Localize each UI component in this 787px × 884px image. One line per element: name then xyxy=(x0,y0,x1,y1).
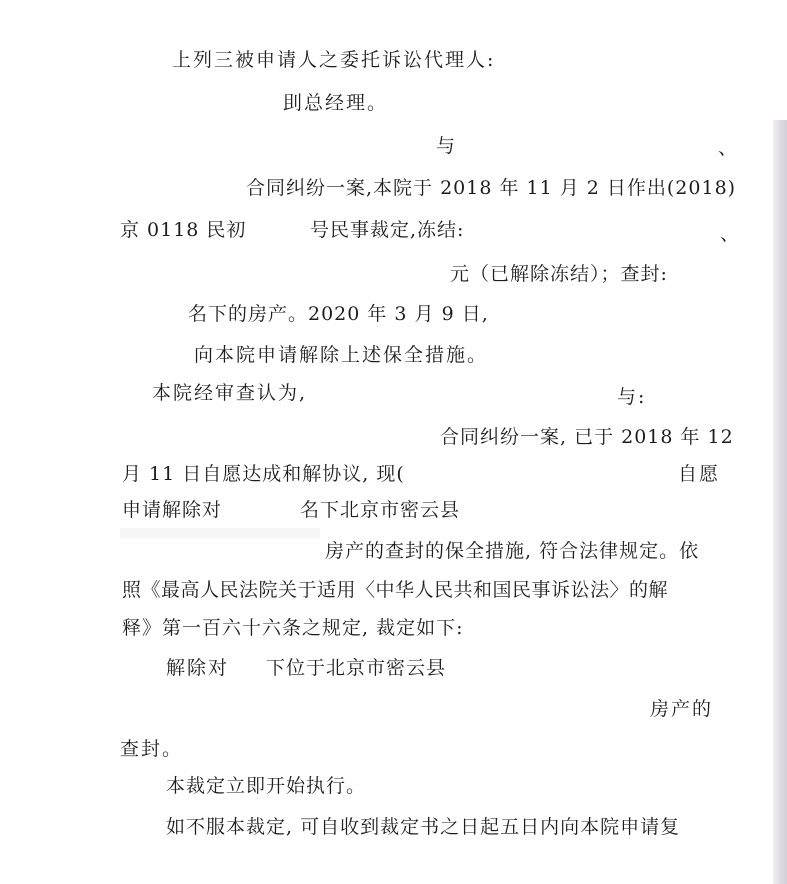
case-number-prefix: 京 0118 民初 xyxy=(120,218,246,242)
property-location-text: 名下北京市密云县 xyxy=(300,498,460,522)
page-edge-shadow xyxy=(773,120,787,884)
ruling-location-text: 下位于北京市密云县 xyxy=(266,656,446,680)
apply-release-text: 申请解除对 xyxy=(122,498,222,522)
legal-basis-line: 照《最高人民法院关于适用〈中华人民共和国民事诉讼法〉的解 xyxy=(122,578,668,602)
ruling-intro-line: 释》第一百六十六条之规定, 裁定如下: xyxy=(122,616,463,640)
ruling-property-text: 房产的 xyxy=(650,697,713,721)
enumeration-comma: 、 xyxy=(720,222,741,246)
immediate-effect-line: 本裁定立即开始执行。 xyxy=(166,774,366,798)
legal-compliance-line: 房产的查封的保全措施, 符合法律规定。依 xyxy=(325,539,699,563)
freeze-ruling-text: 号民事裁定,冻结: xyxy=(310,218,464,242)
settlement-date-line: 月 11 日自愿达成和解协议, 现( xyxy=(122,462,405,486)
parties-connector: 与: xyxy=(617,385,646,409)
case-background-line: 合同纠纷一案,本院于 2018 年 11 月 2 日作出(2018) xyxy=(246,176,736,200)
enumeration-comma: 、 xyxy=(718,136,739,160)
agent-title-line: 刞总经理。 xyxy=(283,91,388,115)
agent-heading-line: 上列三被申请人之委托诉讼代理人: xyxy=(172,48,495,72)
parties-connector: 与 xyxy=(436,134,457,158)
appeal-notice-line: 如不服本裁定, 可自收到裁定书之日起五日内向本院申请复 xyxy=(166,815,680,839)
court-review-line: 本院经审查认为, xyxy=(152,381,307,405)
redacted-region xyxy=(120,528,320,538)
settlement-case-line: 合同纠纷一案, 已于 2018 年 12 xyxy=(440,425,734,449)
release-request-line: 向本院申请解除上述保全措施。 xyxy=(194,343,488,367)
application-date-line: 名下的房产。2020 年 3 月 9 日, xyxy=(188,302,489,326)
ruling-release-text: 解除对 xyxy=(166,656,229,680)
voluntary-text: 自愿 xyxy=(678,462,720,486)
seizure-text: 查封。 xyxy=(120,737,183,761)
unfrozen-amount-line: 元（已解除冻结）；查封: xyxy=(450,262,668,286)
scanned-court-ruling-page: 上列三被申请人之委托诉讼代理人: 刞总经理。 与 、 合同纠纷一案,本院于 20… xyxy=(0,0,787,884)
